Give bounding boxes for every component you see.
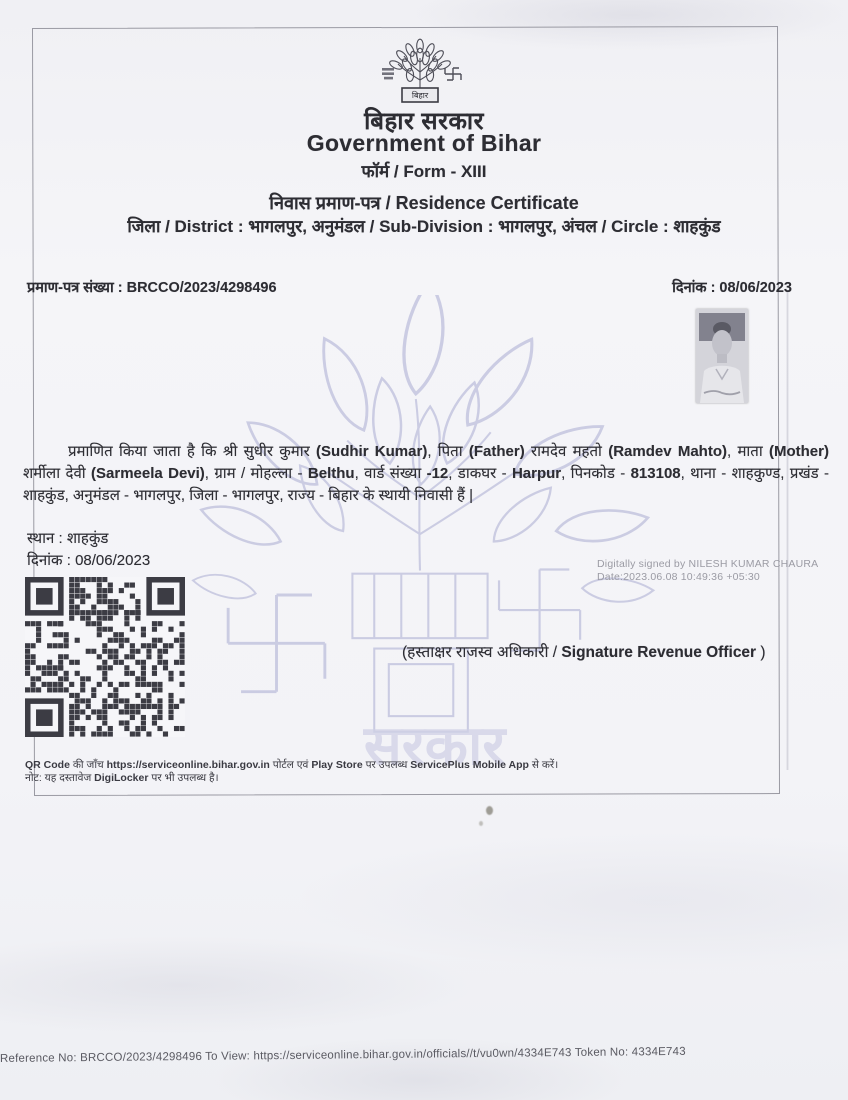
paper-stain bbox=[479, 821, 483, 826]
government-title-english: Government of Bihar bbox=[0, 130, 848, 157]
place-line: स्थान : शाहकुंड bbox=[27, 528, 108, 548]
certificate-number: प्रमाण-पत्र संख्या : BRCCO/2023/4298496 bbox=[27, 277, 277, 297]
district-subdivision-circle-line: जिला / District : भागलपुर, अनुमंडल / Sub… bbox=[0, 214, 848, 237]
digital-signature-line1: Digitally signed by NILESH KUMAR CHAURA bbox=[597, 558, 818, 571]
paper-stain bbox=[486, 806, 493, 815]
qr-note-line2: नोट: यह दस्तावेज DigiLocker पर भी उपलब्ध… bbox=[25, 772, 558, 785]
certificate-title: निवास प्रमाण-पत्र / Residence Certificat… bbox=[0, 191, 848, 215]
digital-signature-line2: Date:2023.06.08 10:49:36 +05:30 bbox=[597, 571, 818, 584]
date-line: दिनांक : 08/06/2023 bbox=[27, 550, 150, 570]
swastika-icon bbox=[445, 68, 461, 80]
revenue-officer-signature-line: (हस्ताक्षर राजस्व अधिकारी / Signature Re… bbox=[402, 640, 766, 662]
applicant-photo bbox=[696, 309, 748, 403]
emblem-motto-marks bbox=[382, 68, 394, 79]
footer-reference-line: Reference No: BRCCO/2023/4298496 To View… bbox=[0, 1044, 848, 1065]
certificate-body-paragraph: प्रमाणित किया जाता है कि श्री सुधीर कुमा… bbox=[23, 441, 829, 507]
scanned-certificate-page: सरकार bbox=[0, 0, 848, 1100]
issue-date: दिनांक : 08/06/2023 bbox=[672, 277, 792, 297]
digital-signature-block: Digitally signed by NILESH KUMAR CHAURA … bbox=[597, 558, 818, 584]
qr-verification-note: QR Code की जाँच https://serviceonline.bi… bbox=[25, 759, 558, 784]
qr-code bbox=[25, 577, 185, 737]
paper-crease bbox=[786, 290, 789, 770]
qr-note-line1: QR Code की जाँच https://serviceonline.bi… bbox=[25, 759, 558, 772]
emblem-pedestal-label: बिहार bbox=[412, 90, 429, 100]
form-number-line: फॉर्म / Form - XIII bbox=[0, 159, 848, 182]
bihar-state-emblem: बिहार bbox=[358, 34, 482, 108]
